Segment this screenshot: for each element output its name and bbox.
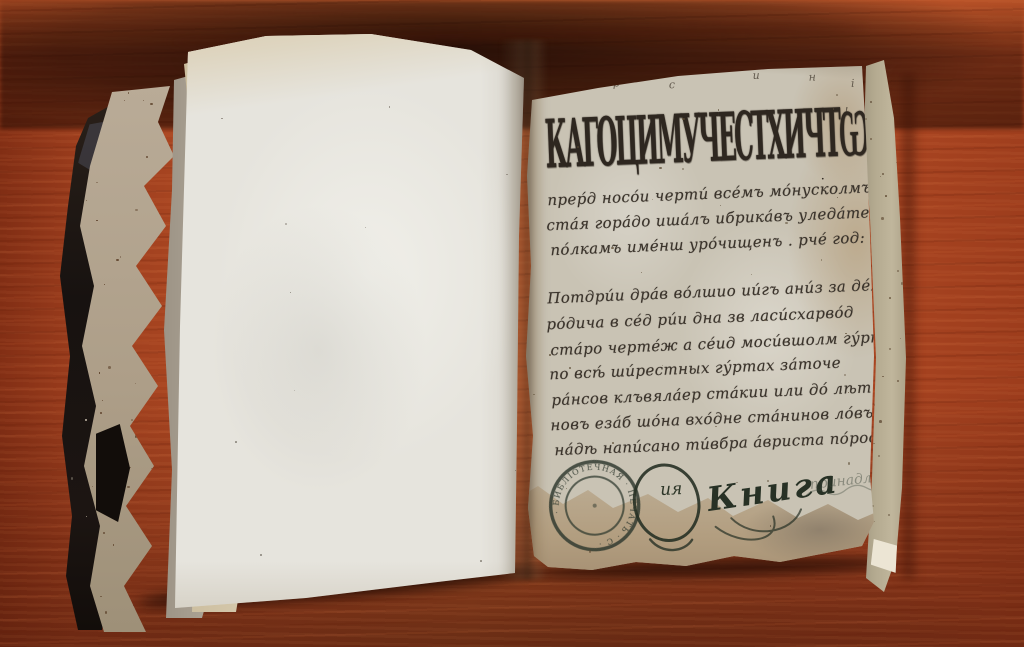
ownership-inscription: ия Книга принадлеж: [626, 439, 911, 568]
inscription-word: Книга: [704, 461, 842, 519]
manuscript-line: по́лкамъ име́нш уро́чищенъ . рче́ год:: [550, 229, 865, 260]
superscript-mark: н: [808, 70, 816, 83]
manuscript-line: на́дѣ напи́сано ти́вбра а́вриста по́родѣ…: [554, 426, 923, 459]
wood-grain-texture: [0, 0, 1024, 647]
cover-notch-through-tear: [96, 424, 130, 522]
inscription-c-loop: [627, 459, 706, 547]
manuscript-line: прер́д носо́и черти́ все́мъ мо́нусколмъ …: [547, 177, 900, 209]
water-stain-bottom: [518, 464, 886, 584]
book-cover-leather-edge: [58, 96, 150, 630]
inscription-lead-letters: ия: [660, 479, 683, 500]
superscript-mark: р: [612, 76, 620, 89]
book-cast-shadow: [0, 0, 1024, 129]
cover-corner-wear-patch: [78, 118, 136, 182]
inscription-flourish: [715, 509, 802, 541]
superscript-mark: с: [669, 78, 676, 91]
margin-mark: і: [851, 77, 855, 90]
wooden-table-surface: [0, 0, 1024, 647]
manuscript-line: Потдри́и дра́в во́лшио ии́гъ ани́з за де…: [547, 276, 890, 308]
library-stamp: · БИБЛІОТЕЧНАЯ · ПЕЧАТЬ · С ·: [537, 448, 653, 563]
svg-text:· БИБЛІОТЕЧНАЯ · ПЕЧАТЬ · С ·: · БИБЛІОТЕЧНАЯ · ПЕЧАТЬ · С ·: [543, 454, 646, 557]
inscription-trailing-underline: [806, 484, 884, 495]
left-page-bottom-shadow: [138, 561, 538, 612]
stamp-inner-ring: [560, 471, 629, 540]
manuscript-line: по всѣ́ ши́рестных гу́ртах за́точе: [549, 354, 841, 384]
top-edge-shadow: [168, 23, 868, 48]
corner-paper-chip: [868, 537, 900, 576]
superscript-mark: и: [752, 69, 760, 82]
inscription-c-tail: [650, 538, 692, 551]
left-page-blank: [146, 26, 530, 614]
stamp-ring-text: · БИБЛІОТЕЧНАЯ · ПЕЧАТЬ · С ·: [543, 454, 646, 557]
header-end-ornament: ·: [820, 172, 825, 187]
stamp-outer-ring: [542, 453, 647, 558]
manuscript-line: ра́нсов клъвяла́ер ста́кии или до́ лѣт к…: [551, 377, 910, 409]
right-page-content: ъ р с и н і ! КАГОЦИМУЧЕСТХИЧТѠЗДѢЯ · пр…: [516, 42, 905, 584]
worn-underleaf-gray: [144, 70, 228, 618]
right-edge-shadow: [902, 74, 915, 579]
right-page-bottom-shadow: [526, 555, 898, 581]
right-page-manuscript: ъ р с и н і ! КАГОЦИМУЧЕСТХИЧТѠЗДѢЯ · пр…: [518, 56, 886, 584]
vyaz-calligraphic-header: КАГОЦИМУЧЕСТХИЧТѠЗДѢЯ: [544, 92, 941, 185]
superscript-mark: ъ: [547, 85, 555, 98]
manuscript-line: ста́ро черте́ж а се́ид моси́вшолм гу́рта…: [550, 327, 904, 359]
worn-underleaf-cream: [156, 44, 268, 612]
manuscript-line: ро́дича в се́д ри́и дна зв ласи́схарво́д: [546, 303, 854, 333]
stamp-center-dot: [592, 503, 597, 508]
manuscript-line: ста́я гора́до иша́лъ ибрика́въ уледа́тен…: [546, 203, 891, 235]
gutter-fold-shadow: [500, 40, 548, 580]
page-block-fore-edge: [850, 58, 910, 592]
inscription-trailing-faint: принадлеж: [809, 468, 897, 493]
manuscript-line: новъ еза́б шо́на вхо́дне ста́нинов ло́въ: [550, 403, 874, 434]
photo-old-manuscript-book: ъ р с и н і ! КАГОЦИМУЧЕСТХИЧТѠЗДѢЯ · пр…: [0, 0, 1024, 647]
margin-mark: !: [844, 105, 849, 118]
tattered-endpaper: [74, 86, 196, 632]
